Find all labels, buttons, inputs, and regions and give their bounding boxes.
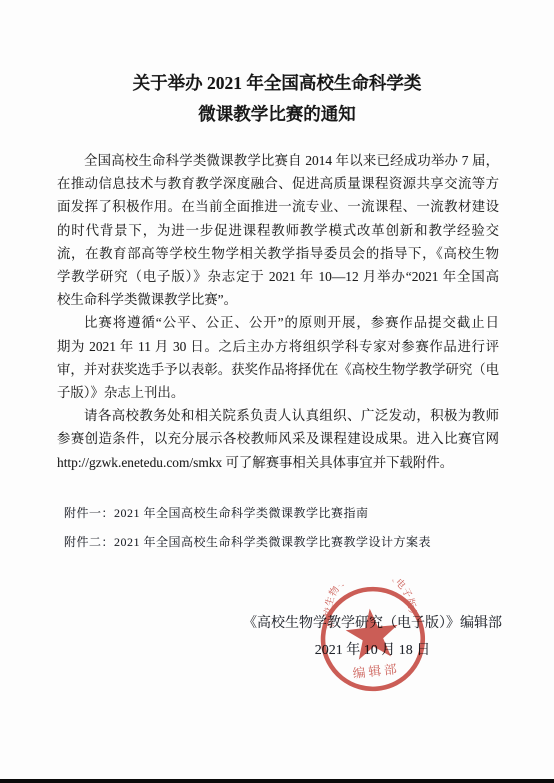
text-line: 参赛创造条件，以充分展示各校教师风采及课程建设成果。进入比赛官网 — [57, 427, 499, 450]
text-line: 校生命科学类微课教学比赛”。 — [57, 288, 499, 311]
text-line: 流，在教育部高等学校生物学相关教学指导委员会的指导下，《高校生物 — [57, 242, 499, 265]
paragraph-3: 请各高校教务处和相关院系负责人认真组织、广泛发动，积极为教师 参赛创造条件，以充… — [57, 404, 499, 474]
paragraph-2: 比赛将遵循“公平、公正、公开”的原则开展，参赛作品提交截止日 期为 2021 年… — [57, 311, 499, 404]
notice-title-line-1: 关于举办 2021 年全国高校生命科学类 — [0, 68, 554, 99]
text-line: 面发挥了积极作用。在当前全面推进一流专业、一流课程、一流教材建设 — [57, 195, 499, 218]
text-line: 在推动信息技术与教育教学深度融合、促进高质量课程资源共享交流等方 — [57, 172, 499, 195]
notice-title: 关于举办 2021 年全国高校生命科学类 微课教学比赛的通知 — [0, 68, 554, 130]
text-line: 审，并对获奖选手予以表彰。获奖作品将择优在《高校生物学教学研究（电 — [57, 358, 499, 381]
notice-body: 全国高校生命科学类微课教学比赛自 2014 年以来已经成功举办 7 届， 在推动… — [57, 149, 499, 474]
attachment-line-1: 附件一：2021 年全国高校生命科学类微课教学比赛指南 — [64, 499, 431, 528]
attachment-line-2: 附件二：2021 年全国高校生命科学类微课教学比赛教学设计方案表 — [64, 528, 431, 557]
text-line: http://gzwk.enetedu.com/smkx 可了解赛事相关具体事宜… — [57, 451, 499, 474]
text-line: 全国高校生命科学类微课教学比赛自 2014 年以来已经成功举办 7 届， — [57, 149, 499, 172]
signature-org: 《高校生物学教学研究（电子版）》编辑部 — [243, 611, 502, 638]
signature-block: 《高校生物学教学研究（电子版）》编辑部 2021 年 10 月 18 日 — [243, 611, 502, 664]
text-line: 比赛将遵循“公平、公正、公开”的原则开展，参赛作品提交截止日 — [57, 311, 499, 334]
page-edge-shadow — [0, 779, 554, 783]
signature-date: 2021 年 10 月 18 日 — [243, 638, 502, 665]
text-line: 请各高校教务处和相关院系负责人认真组织、广泛发动，积极为教师 — [57, 404, 499, 427]
text-line: 学教学研究（电子版）》杂志定于 2021 年 10—12 月举办“2021 年全… — [57, 265, 499, 288]
text-line: 子版）》杂志上刊出。 — [57, 381, 499, 404]
text-line: 的时代背景下，为进一步促进课程教师教学模式改革创新和教学经验交 — [57, 219, 499, 242]
attachment-list: 附件一：2021 年全国高校生命科学类微课教学比赛指南 附件二：2021 年全国… — [64, 499, 431, 556]
scanned-notice-document: 关于举办 2021 年全国高校生命科学类 微课教学比赛的通知 全国高校生命科学类… — [0, 0, 554, 783]
text-line: 期为 2021 年 11 月 30 日。之后主办方将组织学科专家对参赛作品进行评 — [57, 335, 499, 358]
seal-bottom-text: 编辑部 — [352, 662, 400, 681]
notice-title-line-2: 微课教学比赛的通知 — [0, 99, 554, 130]
paragraph-1: 全国高校生命科学类微课教学比赛自 2014 年以来已经成功举办 7 届， 在推动… — [57, 149, 499, 311]
